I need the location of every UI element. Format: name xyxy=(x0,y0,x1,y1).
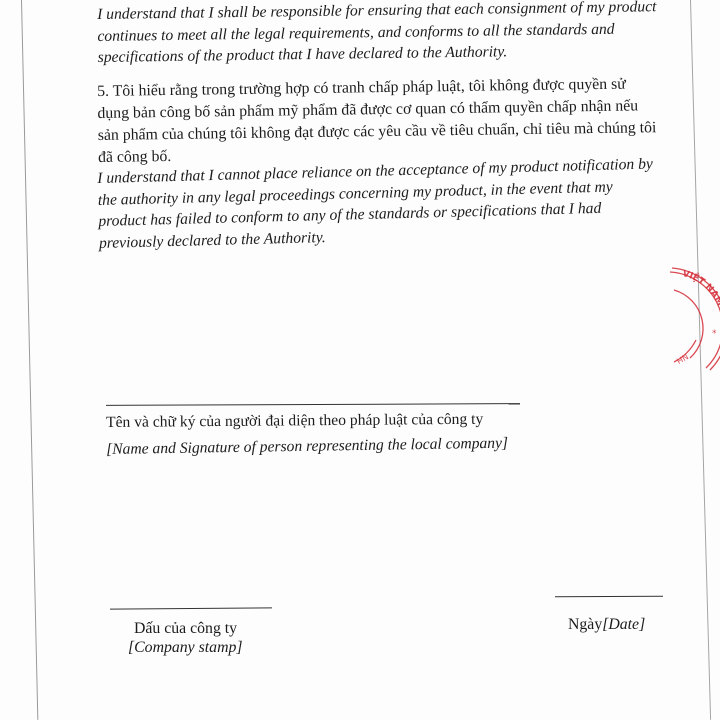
date-label-vi: Ngày xyxy=(568,616,602,633)
svg-text:VIỆT NAM: VIỆT NAM xyxy=(681,269,720,308)
scan-edge-left xyxy=(21,0,38,720)
date-label-en: [Date] xyxy=(602,616,645,633)
company-stamp-label-vi: Dấu của công ty xyxy=(134,620,237,638)
signature-label-en: [Name and Signature of person representi… xyxy=(106,435,508,459)
svg-text:NH: NH xyxy=(675,352,690,366)
red-seal-stamp-icon: VIỆT NAM * NH xyxy=(600,262,720,374)
company-stamp-label-en: [Company stamp] xyxy=(128,639,243,657)
signature-label-vi: Tên và chữ ký của người đại diện theo ph… xyxy=(106,411,483,432)
document-page: I understand that I shall be responsible… xyxy=(0,0,720,720)
paragraph-reliance-en: I understand that I cannot place relianc… xyxy=(97,153,659,254)
company-stamp-line xyxy=(110,607,272,609)
date-line xyxy=(555,596,663,598)
signature-line xyxy=(106,403,520,406)
svg-text:*: * xyxy=(712,329,717,339)
paragraph-responsibility-en: I understand that I shall be responsible… xyxy=(97,0,663,68)
date-label: Ngày[Date] xyxy=(568,616,645,634)
